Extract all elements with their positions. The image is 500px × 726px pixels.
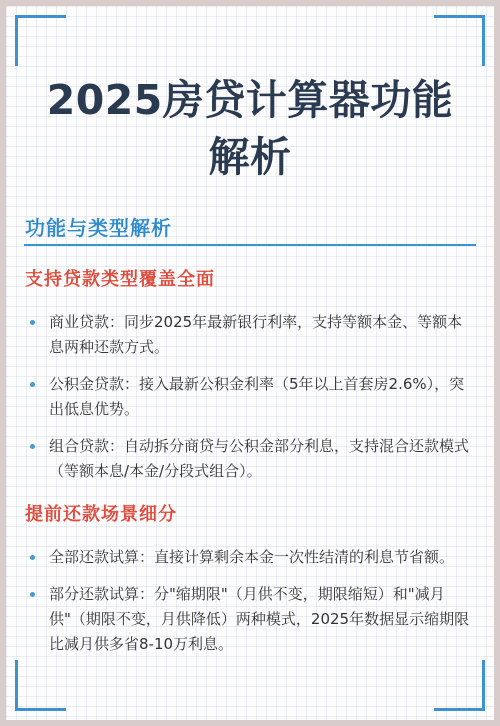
section-divider <box>24 244 476 246</box>
prepayment-list: 全部还款试算：直接计算剩余本金一次性结清的利息节省额。 部分还款试算：分"缩期限… <box>24 545 474 669</box>
list-item: 组合贷款：自动拆分商贷与公积金部分利息，支持混合还款模式（等额本息/本金/分段式… <box>24 434 474 484</box>
list-item-text: 商业贷款：同步2025年最新银行利率，支持等额本金、等额本息两种还款方式。 <box>49 313 462 356</box>
bullet-icon <box>30 592 35 597</box>
section-heading: 功能与类型解析 <box>25 212 172 241</box>
bullet-icon <box>30 555 35 560</box>
page-title-line-2: 解析 <box>26 129 474 186</box>
document-card: 2025房贷计算器功能 解析 功能与类型解析 支持贷款类型覆盖全面 商业贷款：同… <box>6 6 494 720</box>
list-item: 部分还款试算：分"缩期限"（月供不变，期限缩短）和"减月供"（期限不变，月供降低… <box>24 582 474 657</box>
list-item: 商业贷款：同步2025年最新银行利率，支持等额本金、等额本息两种还款方式。 <box>24 310 474 360</box>
list-item: 全部还款试算：直接计算剩余本金一次性结清的利息节省额。 <box>24 545 474 570</box>
list-item: 公积金贷款：接入最新公积金利率（5年以上首套房2.6%），突出低息优势。 <box>24 372 474 422</box>
bullet-icon <box>30 444 35 449</box>
bullet-icon <box>30 320 35 325</box>
page-title: 2025房贷计算器功能 解析 <box>6 72 494 186</box>
list-item-text: 公积金贷款：接入最新公积金利率（5年以上首套房2.6%），突出低息优势。 <box>49 375 464 418</box>
corner-bracket-top-left-icon <box>15 15 66 66</box>
bullet-icon <box>30 382 35 387</box>
list-item-text: 全部还款试算：直接计算剩余本金一次性结清的利息节省额。 <box>49 548 454 566</box>
subsection-heading-loan-types: 支持贷款类型覆盖全面 <box>25 265 215 291</box>
list-item-text: 组合贷款：自动拆分商贷与公积金部分利息，支持混合还款模式（等额本息/本金/分段式… <box>49 437 469 480</box>
page-title-line-1: 2025房贷计算器功能 <box>26 72 474 129</box>
list-item-text: 部分还款试算：分"缩期限"（月供不变，期限缩短）和"减月供"（期限不变，月供降低… <box>49 585 469 653</box>
corner-bracket-top-right-icon <box>434 15 485 66</box>
loan-types-list: 商业贷款：同步2025年最新银行利率，支持等额本金、等额本息两种还款方式。 公积… <box>24 310 474 496</box>
subsection-heading-prepayment: 提前还款场景细分 <box>25 500 177 526</box>
